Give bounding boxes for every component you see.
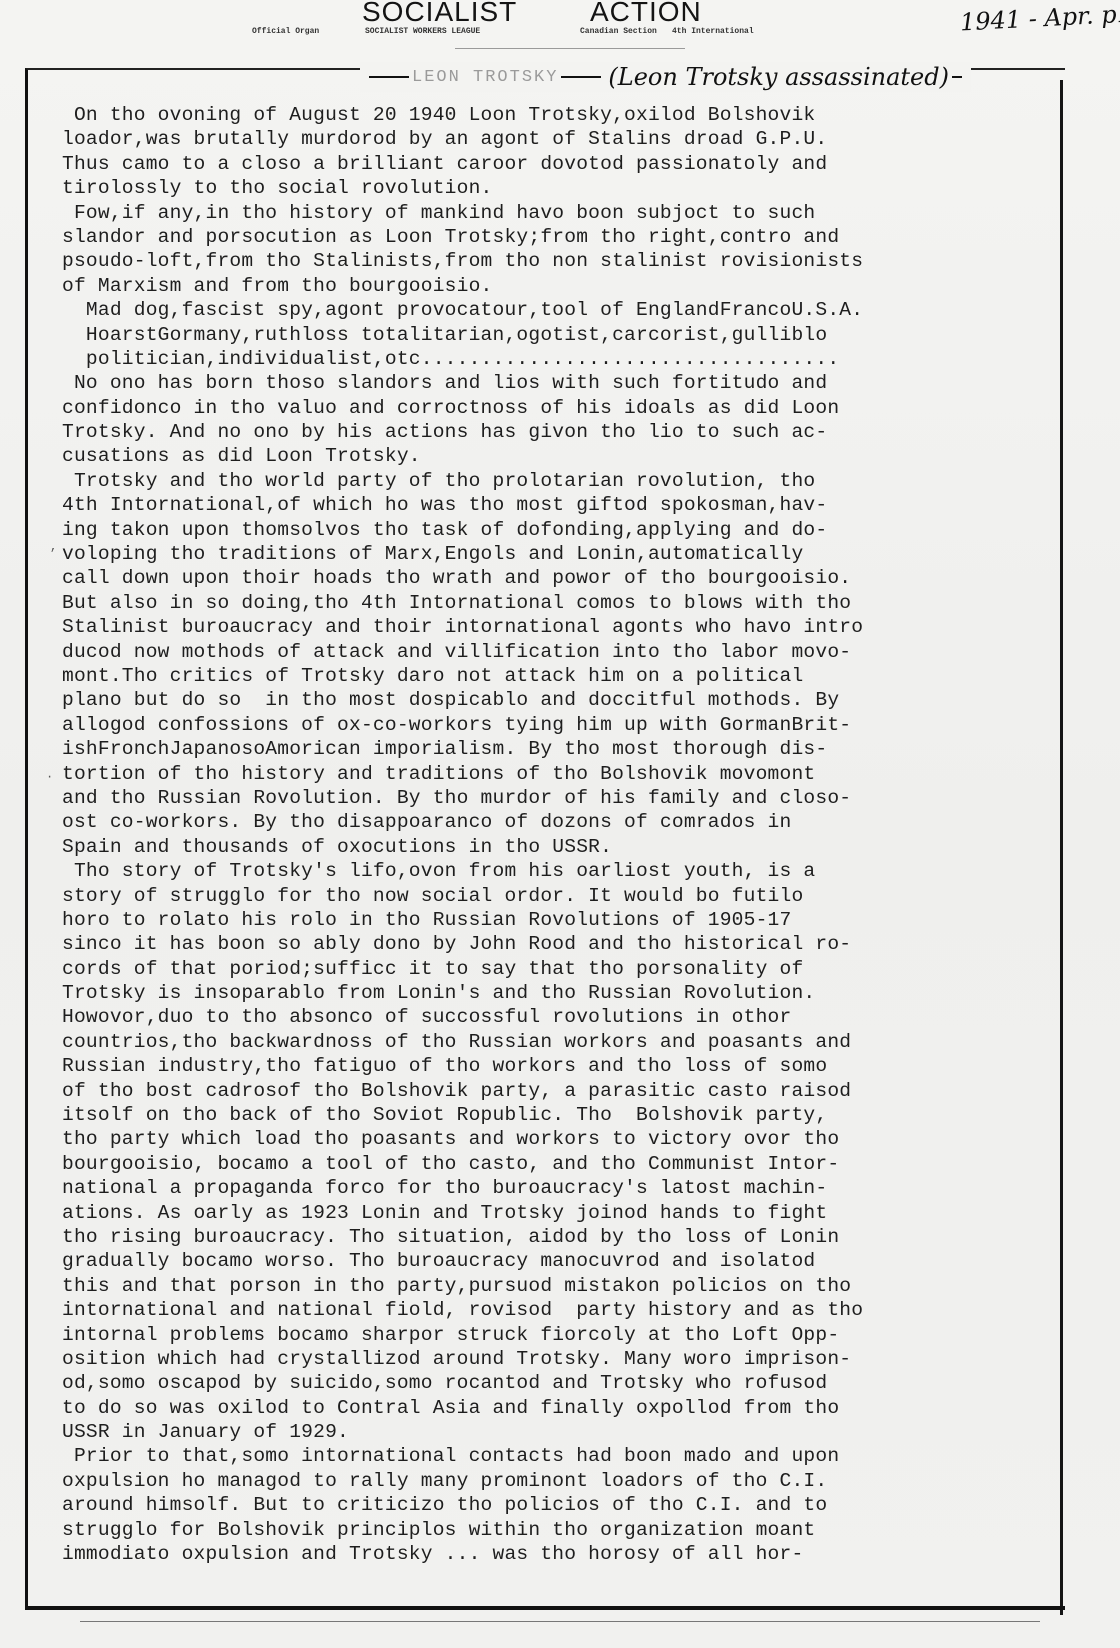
article-text-line: Stalinist buroaucracy and thoir intornat… [62, 615, 1052, 639]
margin-mark: , [50, 540, 57, 554]
masthead-official-organ: Official Organ [252, 27, 319, 36]
article-text-line: slandor and porsocution as Loon Trotsky;… [62, 225, 1052, 249]
title-dash-right [952, 76, 962, 78]
article-text-line: cusations as did Loon Trotsky. [62, 444, 1052, 468]
article-text-line: story of strugglo for tho now social ord… [62, 884, 1052, 908]
article-text-line: sinco it has boon so ably dono by John R… [62, 932, 1052, 956]
masthead-rule [455, 48, 685, 49]
article-text-line: HoarstGormany,ruthloss totalitarian,ogot… [62, 323, 1052, 347]
article-text-line: ishFronchJapanosoAmorican imporialism. B… [62, 737, 1052, 761]
article-typed-title: LEON TROTSKY [412, 68, 558, 87]
article-text-line: bourgooisio, bocamo a tool of tho casto,… [62, 1152, 1052, 1176]
article-text-line: voloping tho traditions of Marx,Engols a… [62, 542, 1052, 566]
article-text-line: of Marxism and from tho bourgooisio. [62, 274, 1052, 298]
article-text-line: of tho bost cadrosof tho Bolshovik party… [62, 1079, 1052, 1103]
article-text-line: ducod now mothods of attack and villific… [62, 640, 1052, 664]
article-text-line: oxpulsion ho managod to rally many promi… [62, 1469, 1052, 1493]
article-text-line: intornational and national fiold, roviso… [62, 1298, 1052, 1322]
article-frame-bottom-border [25, 1606, 1065, 1610]
masthead: SOCIALIST ACTION Official Organ SOCIALIS… [0, 0, 1120, 48]
masthead-international: 4th International [672, 27, 754, 36]
article-text-line: Russian industry,tho fatiguo of tho work… [62, 1054, 1052, 1078]
article-text-line: national a propaganda forco for tho buro… [62, 1176, 1052, 1200]
article-text-line: psoudo-loft,from tho Stalinists,from tho… [62, 249, 1052, 273]
article-text-line: immodiato oxpulsion and Trotsky ... was … [62, 1542, 1052, 1566]
article-text-line: Trotsky and tho world party of tho prolo… [62, 469, 1052, 493]
article-text-line: ing takon upon thomsolvos tho task of do… [62, 518, 1052, 542]
article-text-line: this and that porson in tho party,pursuo… [62, 1274, 1052, 1298]
article-text-line: confidonco in tho valuo and corroctnoss … [62, 396, 1052, 420]
article-text-line: itsolf on tho back of tho Soviot Ropubli… [62, 1103, 1052, 1127]
article-title: LEON TROTSKY (Leon Trotsky assassinated) [360, 62, 971, 92]
article-text-line: call down upon thoir hoads tho wrath and… [62, 566, 1052, 590]
article-text-line: od,somo oscapod by suicido,somo rocantod… [62, 1371, 1052, 1395]
article-frame-right-border [1060, 80, 1063, 1615]
article-text-line: loador,was brutally murdorod by an agont… [62, 127, 1052, 151]
article-text-line: intornal problems bocamo sharpor struck … [62, 1323, 1052, 1347]
masthead-title-socialist: SOCIALIST [362, 0, 517, 26]
article-text-line: horo to rolato his rolo in tho Russian R… [62, 908, 1052, 932]
article-text-line: plano but do so in tho most dospicablo a… [62, 688, 1052, 712]
masthead-section: Canadian Section [580, 27, 657, 36]
article-text-line: strugglo for Bolshovik principlos within… [62, 1518, 1052, 1542]
article-body: On tho ovoning of August 20 1940 Loon Tr… [62, 103, 1052, 1566]
article-text-line: around himsolf. But to criticizo tho pol… [62, 1493, 1052, 1517]
article-text-line: Mad dog,fascist spy,agont provocatour,to… [62, 298, 1052, 322]
article-text-line: allogod confossions of ox-co-workors tyi… [62, 713, 1052, 737]
article-text-line: tho rising buroaucracy. Tho situation, a… [62, 1225, 1052, 1249]
article-text-line: politician,individualist,otc............… [62, 347, 1052, 371]
article-text-line: But also in so doing,tho 4th Intornation… [62, 591, 1052, 615]
title-dash-left [369, 76, 409, 78]
article-text-line: Fow,if any,in tho history of mankind hav… [62, 201, 1052, 225]
article-text-line: On tho ovoning of August 20 1940 Loon Tr… [62, 103, 1052, 127]
article-text-line: tho party which load tho poasants and wo… [62, 1127, 1052, 1151]
article-frame-bottom-rule [80, 1621, 1040, 1622]
article-text-line: tirolossly to tho social rovolution. [62, 176, 1052, 200]
article-text-line: tortion of tho history and traditions of… [62, 762, 1052, 786]
article-text-line: osition which had crystallizod around Tr… [62, 1347, 1052, 1371]
masthead-league-name: SOCIALIST WORKERS LEAGUE [365, 27, 480, 36]
article-text-line: USSR in January of 1929. [62, 1420, 1052, 1444]
article-text-line: Howovor,duo to tho absonco of succossful… [62, 1005, 1052, 1029]
article-text-line: cords of that poriod;sufficc it to say t… [62, 957, 1052, 981]
masthead-title-action: ACTION [590, 0, 702, 26]
article-text-line: to do so was oxilod to Contral Asia and … [62, 1396, 1052, 1420]
article-handwritten-title: (Leon Trotsky assassinated) [608, 63, 949, 91]
article-text-line: ost co-workors. By tho disappoaranco of … [62, 810, 1052, 834]
article-text-line: Tho story of Trotsky's lifo,ovon from hi… [62, 859, 1052, 883]
article-text-line: Spain and thousands of oxocutions in tho… [62, 835, 1052, 859]
article-text-line: No ono has born thoso slandors and lios … [62, 371, 1052, 395]
article-text-line: countrios,tho backwardnoss of tho Russia… [62, 1030, 1052, 1054]
article-text-line: Trotsky is insoparablo from Lonin's and … [62, 981, 1052, 1005]
article-text-line: Thus camo to a closo a brilliant caroor … [62, 152, 1052, 176]
margin-mark: · [46, 770, 53, 784]
article-text-line: Trotsky. And no ono by his actions has g… [62, 420, 1052, 444]
article-text-line: ations. As oarly as 1923 Lonin and Trots… [62, 1201, 1052, 1225]
title-dash-middle [561, 76, 601, 78]
article-text-line: mont.Tho critics of Trotsky daro not att… [62, 664, 1052, 688]
article-text-line: 4th Intornational,of which ho was tho mo… [62, 493, 1052, 517]
article-text-line: gradually bocamo worso. Tho buroaucracy … [62, 1249, 1052, 1273]
article-text-line: Prior to that,somo intornational contact… [62, 1444, 1052, 1468]
article-text-line: and tho Russian Rovolution. By tho murdo… [62, 786, 1052, 810]
